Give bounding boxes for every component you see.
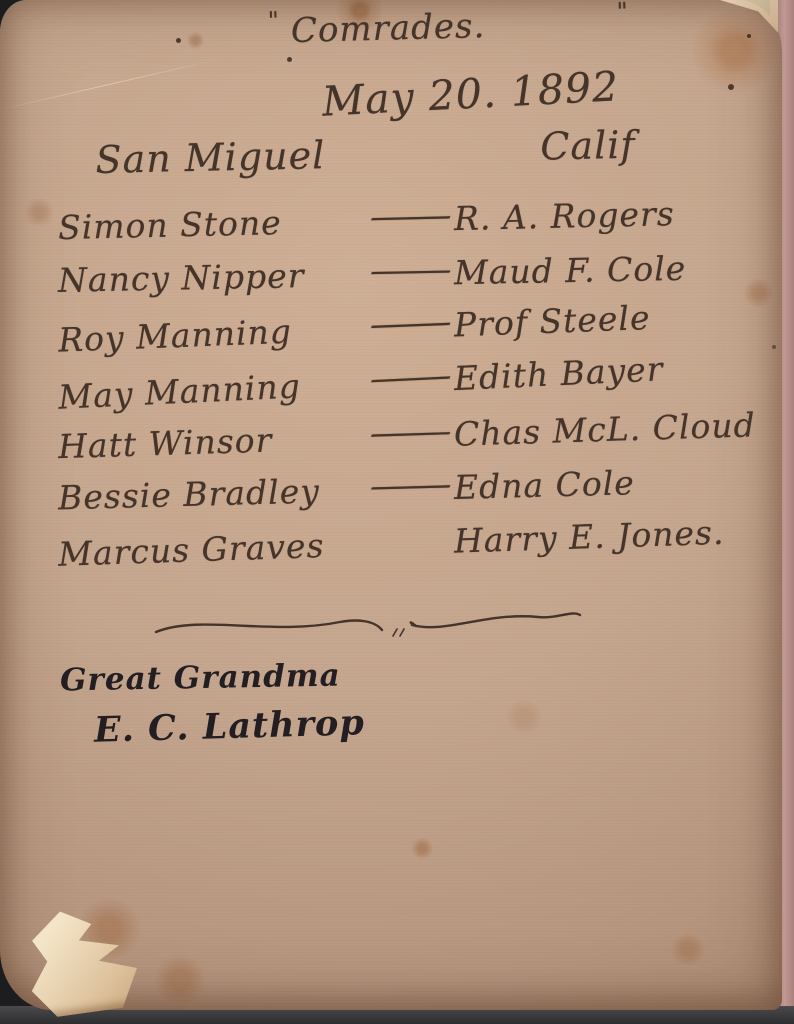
annotation-name: E. C. Lathrop: [93, 702, 365, 751]
roster-left-name: Bessie Bradley: [58, 470, 371, 517]
signature-roster: Simon Stone — R. A. Rogers Nancy Nipper …: [0, 0, 782, 1010]
roster-left-name: Marcus Graves: [58, 524, 371, 573]
dash-separator: —: [369, 359, 455, 402]
roster-right-name: Chas McL. Cloud: [453, 405, 770, 454]
flourish-divider: [140, 596, 610, 648]
roster-left-name: Hatt Winsor: [58, 417, 371, 466]
roster-left-name: May Manning: [57, 363, 370, 417]
roster-row: Simon Stone — R. A. Rogers: [58, 192, 771, 247]
roster-right-name: Maud F. Cole: [454, 247, 771, 292]
annotation-relation: Great Grandma: [60, 658, 341, 699]
roster-left-name: Roy Manning: [58, 309, 371, 360]
dash-separator: —: [369, 305, 454, 347]
roster-right-name: Harry E. Jones.: [453, 511, 770, 560]
dash-separator: —: [370, 468, 455, 509]
roster-row: Marcus Graves Harry E. Jones.: [58, 511, 771, 574]
roster-right-name: Prof Steele: [453, 293, 770, 344]
dash-separator: —: [369, 415, 454, 457]
roster-left-name: Simon Stone: [58, 201, 371, 247]
roster-left-name: Nancy Nipper: [58, 255, 371, 300]
roster-right-name: Edith Bayer: [453, 344, 770, 398]
roster-right-name: Edna Cole: [453, 460, 770, 507]
dash-separator: —: [370, 199, 455, 240]
dash-separator: [369, 522, 454, 564]
dash-separator: —: [370, 253, 455, 294]
album-page: " Comrades. " May 20. 1892 San Miguel Ca…: [0, 0, 782, 1010]
roster-row: Nancy Nipper — Maud F. Cole: [58, 247, 771, 300]
roster-row: Hatt Winsor — Chas McL. Cloud: [58, 405, 771, 466]
roster-right-name: R. A. Rogers: [454, 192, 771, 238]
roster-row: Bessie Bradley — Edna Cole: [58, 460, 771, 518]
